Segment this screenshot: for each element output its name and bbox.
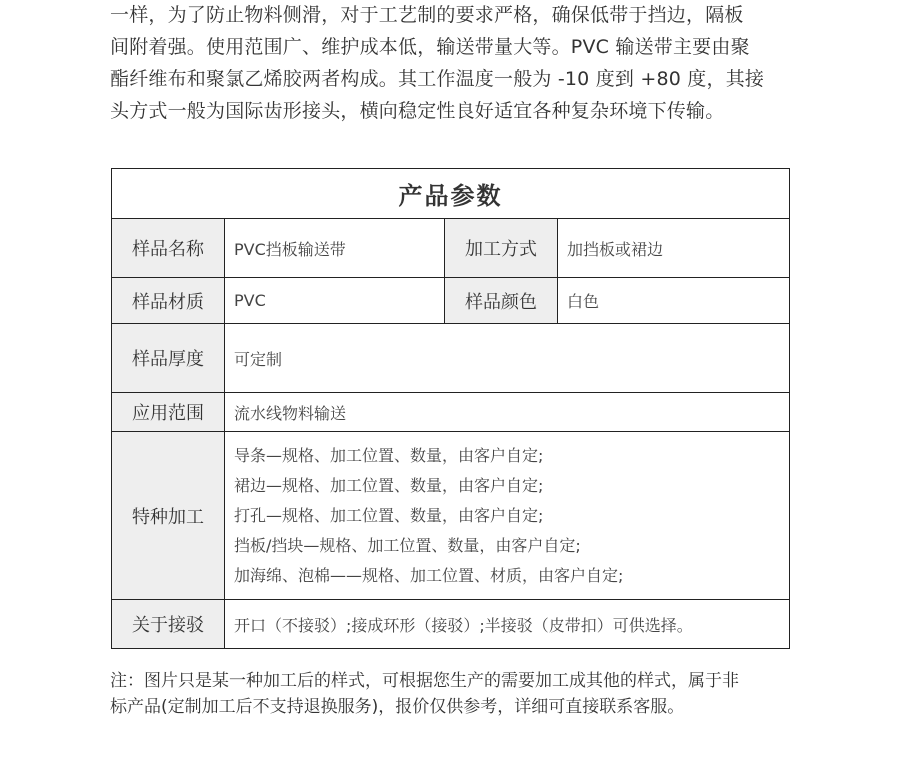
label-process-method: 加工方式 bbox=[445, 219, 558, 278]
product-params-table: 产品参数 样品名称 PVC挡板输送带 加工方式 加挡板或裙边 样品材质 PVC … bbox=[111, 168, 790, 649]
table-row: 关于接驳 开口（不接驳）;接成环形（接驳）;半接驳（皮带扣）可供选择。 bbox=[112, 600, 790, 649]
value-sample-material: PVC bbox=[225, 278, 445, 324]
label-sample-thickness: 样品厚度 bbox=[112, 324, 225, 393]
label-special-processing: 特种加工 bbox=[112, 432, 225, 600]
table-row: 样品材质 PVC 样品颜色 白色 bbox=[112, 278, 790, 324]
value-special-processing: 导条—规格、加工位置、数量，由客户自定; 裙边—规格、加工位置、数量，由客户自定… bbox=[225, 432, 790, 600]
table-row: 样品厚度 可定制 bbox=[112, 324, 790, 393]
special-item: 导条—规格、加工位置、数量，由客户自定; bbox=[234, 441, 789, 471]
label-sample-name: 样品名称 bbox=[112, 219, 225, 278]
table-row: 样品名称 PVC挡板输送带 加工方式 加挡板或裙边 bbox=[112, 219, 790, 278]
intro-line: 酯纤维布和聚氯乙烯胶两者构成。其工作温度一般为 -10 度到 +80 度，其接 bbox=[110, 63, 790, 95]
table-title-row: 产品参数 bbox=[112, 169, 790, 219]
intro-line: 头方式一般为国际齿形接头，横向稳定性良好适宜各种复杂环境下传输。 bbox=[110, 95, 790, 127]
label-splicing: 关于接驳 bbox=[112, 600, 225, 649]
value-application: 流水线物料输送 bbox=[225, 393, 790, 432]
intro-line: 间附着强。使用范围广、维护成本低，输送带量大等。PVC 输送带主要由聚 bbox=[110, 31, 790, 63]
label-application: 应用范围 bbox=[112, 393, 225, 432]
footnote-line: 注：图片只是某一种加工后的样式，可根据您生产的需要加工成其他的样式，属于非 bbox=[110, 668, 800, 694]
special-item: 挡板/挡块—规格、加工位置、数量，由客户自定; bbox=[234, 531, 789, 561]
special-item: 裙边—规格、加工位置、数量，由客户自定; bbox=[234, 471, 789, 501]
value-sample-thickness: 可定制 bbox=[225, 324, 790, 393]
label-sample-color: 样品颜色 bbox=[445, 278, 558, 324]
value-process-method: 加挡板或裙边 bbox=[558, 219, 790, 278]
value-sample-name: PVC挡板输送带 bbox=[225, 219, 445, 278]
special-item: 加海绵、泡棉——规格、加工位置、材质，由客户自定; bbox=[234, 561, 789, 591]
table-title: 产品参数 bbox=[112, 169, 790, 219]
table-row: 应用范围 流水线物料输送 bbox=[112, 393, 790, 432]
label-sample-material: 样品材质 bbox=[112, 278, 225, 324]
intro-paragraph: 一样，为了防止物料侧滑，对于工艺制的要求严格，确保低带于挡边，隔板 间附着强。使… bbox=[110, 0, 790, 127]
intro-line: 一样，为了防止物料侧滑，对于工艺制的要求严格，确保低带于挡边，隔板 bbox=[110, 0, 790, 31]
table-row: 特种加工 导条—规格、加工位置、数量，由客户自定; 裙边—规格、加工位置、数量，… bbox=[112, 432, 790, 600]
footnote-line: 标产品(定制加工后不支持退换服务)，报价仅供参考，详细可直接联系客服。 bbox=[110, 694, 800, 720]
value-splicing: 开口（不接驳）;接成环形（接驳）;半接驳（皮带扣）可供选择。 bbox=[225, 600, 790, 649]
value-sample-color: 白色 bbox=[558, 278, 790, 324]
footnote: 注：图片只是某一种加工后的样式，可根据您生产的需要加工成其他的样式，属于非 标产… bbox=[110, 668, 800, 720]
special-item: 打孔—规格、加工位置、数量，由客户自定; bbox=[234, 501, 789, 531]
